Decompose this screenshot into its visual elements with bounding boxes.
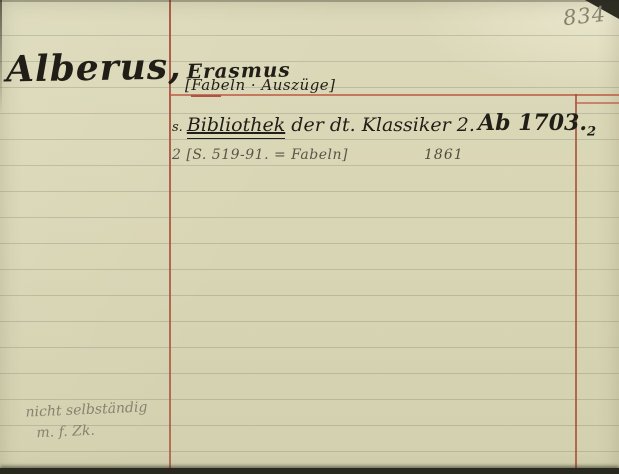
red-header-subline bbox=[575, 102, 619, 104]
pencil-note-line2: m. f. Zk. bbox=[36, 418, 149, 444]
shelfmark: Ab 1703.2 bbox=[478, 110, 596, 139]
card-bottom-edge bbox=[0, 468, 619, 474]
uniform-title-underlined-part: Fab bbox=[191, 76, 220, 97]
shelfmark-main: Ab 1703. bbox=[478, 110, 587, 136]
volume-note: 2 [S. 519-91. = Fabeln] bbox=[172, 147, 348, 163]
series-entry-line: s.Bibliothek der dt. Klassiker 2. bbox=[172, 114, 475, 136]
card-top-edge-shadow bbox=[0, 0, 619, 2]
series-title-underlined: Bibliothek bbox=[187, 114, 285, 139]
red-margin-line-right bbox=[575, 94, 577, 474]
shelfmark-copy-number: 2 bbox=[587, 124, 596, 139]
publication-year: 1861 bbox=[424, 147, 464, 163]
catalog-number: 834 bbox=[562, 2, 607, 30]
catalog-card: 834 Alberus,Erasmus [Fabeln · Auszüge] s… bbox=[0, 0, 619, 474]
pencil-note: nicht selbständig m. f. Zk. bbox=[25, 397, 149, 444]
series-title-rest: der dt. Klassiker 2. bbox=[285, 114, 475, 136]
uniform-title: [Fabeln · Auszüge] bbox=[185, 76, 336, 94]
author-surname: Alberus, bbox=[6, 45, 182, 90]
uniform-title-rest: eln · Auszüge] bbox=[221, 76, 336, 94]
card-left-edge-shadow bbox=[0, 0, 2, 115]
pencil-note-line1: nicht selbständig bbox=[25, 399, 148, 420]
red-header-line bbox=[169, 94, 619, 96]
reference-prefix: s. bbox=[172, 120, 183, 135]
